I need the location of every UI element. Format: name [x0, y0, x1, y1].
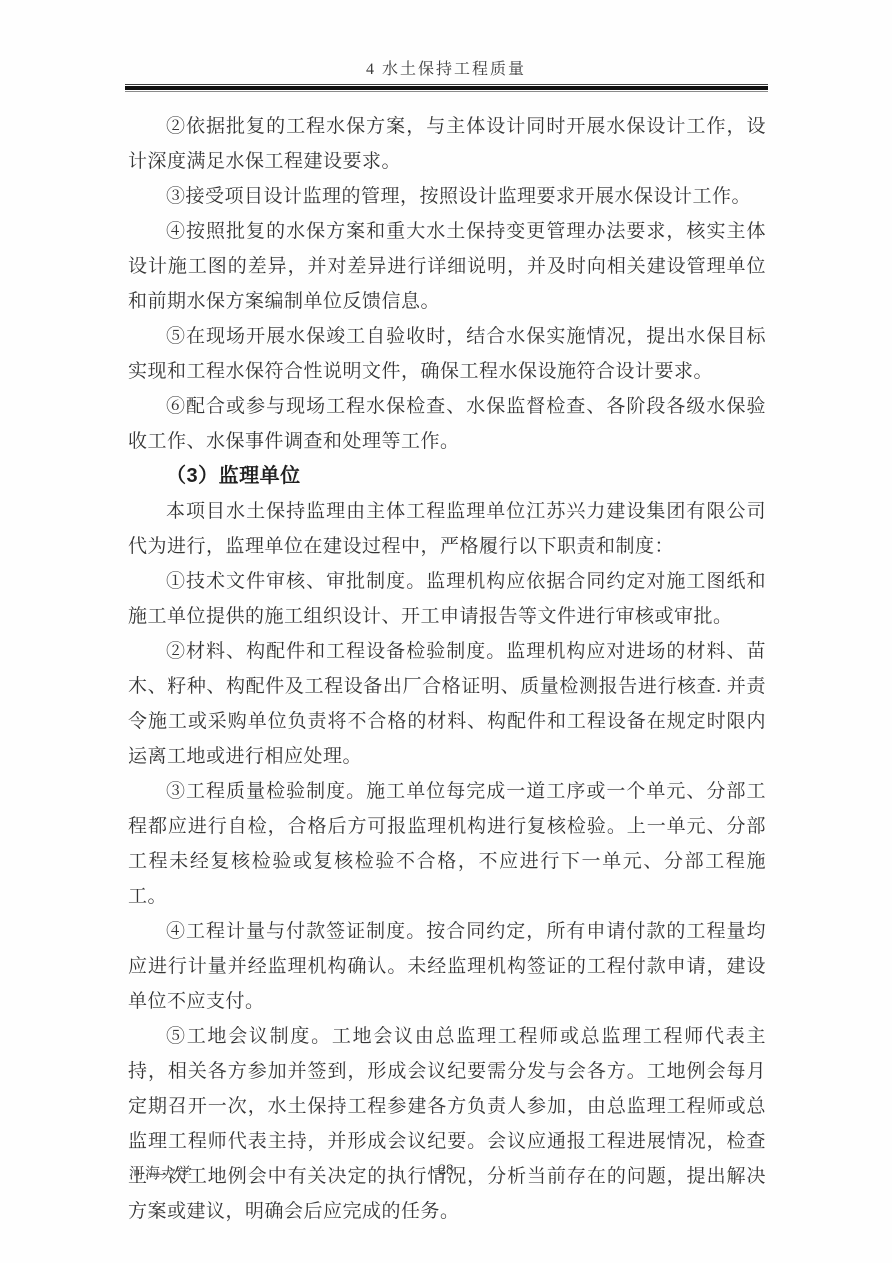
header-rule-thin-bottom: [125, 91, 768, 92]
body-paragraph: ①技术文件审核、审批制度。监理机构应依据合同约定对施工图纸和施工单位提供的施工组…: [128, 564, 766, 634]
document-body: ②依据批复的工程水保方案，与主体设计同时开展水保设计工作，设计深度满足水保工程建…: [128, 109, 766, 1229]
page-header-title: 4 水土保持工程质量: [0, 56, 892, 79]
header-rule-divider: [125, 84, 768, 92]
header-rule-thick: [125, 86, 768, 90]
body-paragraph: ④工程计量与付款签证制度。按合同约定，所有申请付款的工程量均应进行计量并经监理机…: [128, 914, 766, 1019]
body-paragraph: ④按照批复的水保方案和重大水土保持变更管理办法要求，核实主体设计施工图的差异，并…: [128, 214, 766, 319]
body-paragraph: ②依据批复的工程水保方案，与主体设计同时开展水保设计工作，设计深度满足水保工程建…: [128, 109, 766, 179]
section-heading: （3）监理单位: [128, 459, 766, 494]
body-paragraph: 本项目水土保持监理由主体工程监理单位江苏兴力建设集团有限公司代为进行，监理单位在…: [128, 494, 766, 564]
header-rule-thin-top: [125, 84, 768, 85]
document-page: 4 水土保持工程质量 ②依据批复的工程水保方案，与主体设计同时开展水保设计工作，…: [0, 0, 892, 1263]
body-paragraph: ⑤工地会议制度。工地会议由总监理工程师或总监理工程师代表主持，相关各方参加并签到…: [128, 1019, 766, 1229]
body-paragraph: ⑥配合或参与现场工程水保检查、水保监督检查、各阶段各级水保验收工作、水保事件调查…: [128, 389, 766, 459]
body-paragraph: ③接受项目设计监理的管理，按照设计监理要求开展水保设计工作。: [128, 179, 766, 214]
body-paragraph: ②材料、构配件和工程设备检验制度。监理机构应对进场的材料、苗木、籽种、构配件及工…: [128, 634, 766, 774]
body-paragraph: ⑤在现场开展水保竣工自验收时，结合水保实施情况，提出水保目标实现和工程水保符合性…: [128, 319, 766, 389]
body-paragraph: ③工程质量检验制度。施工单位每完成一道工序或一个单元、分部工程都应进行自检，合格…: [128, 774, 766, 914]
footer-page-number: 28: [0, 1162, 892, 1179]
